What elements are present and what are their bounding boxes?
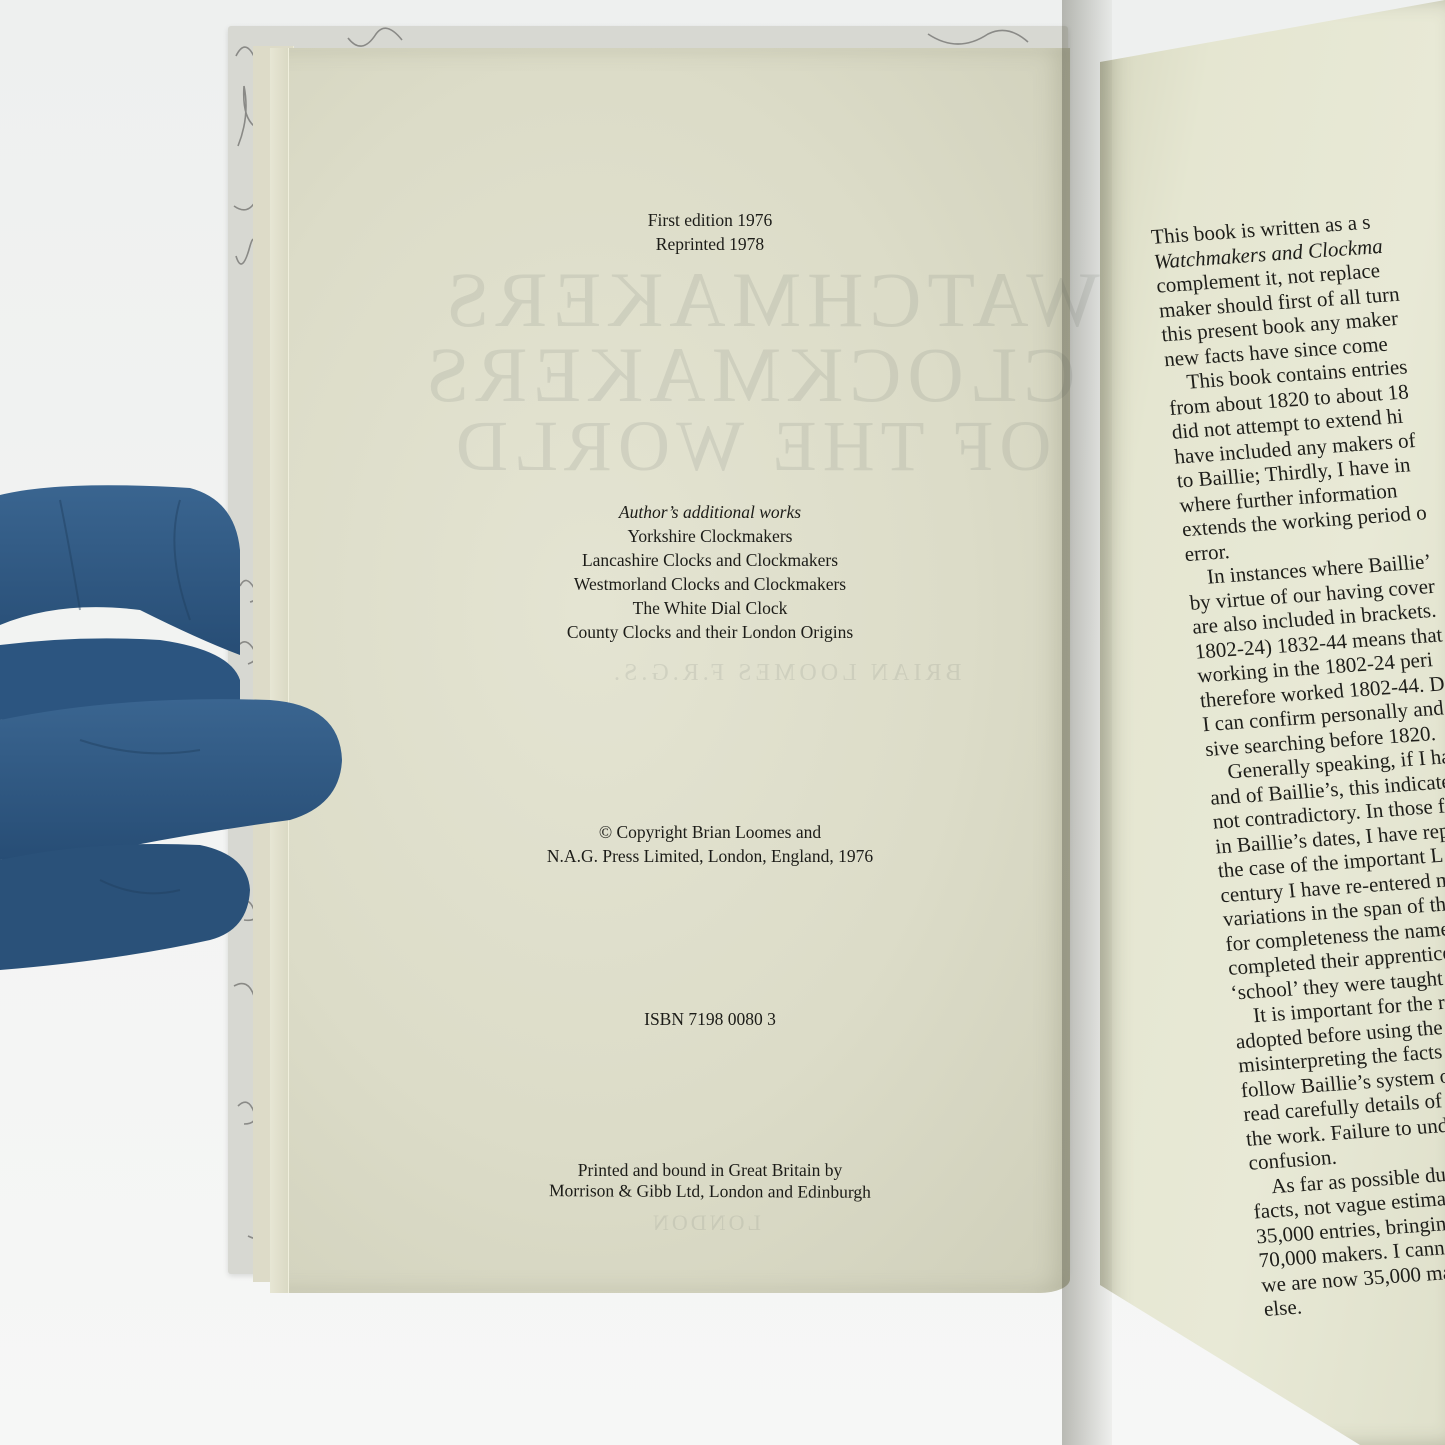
work-title: County Clocks and their London Origins <box>270 620 1150 644</box>
work-title: Westmorland Clocks and Clockmakers <box>270 572 1150 596</box>
additional-works-heading: Author’s additional works <box>270 500 1150 524</box>
copyright-line-1: © Copyright Brian Loomes and <box>270 820 1150 844</box>
isbn-text: ISBN 7198 0080 3 <box>270 1007 1150 1031</box>
work-title: Yorkshire Clockmakers <box>270 524 1150 548</box>
copyright-line-2: N.A.G. Press Limited, London, England, 1… <box>270 844 1150 868</box>
gloved-hand-icon <box>0 460 360 1000</box>
first-edition-text: First edition 1976 <box>270 208 1150 232</box>
bleed-through-place: LONDON <box>650 1210 761 1236</box>
printer-line-1: Printed and bound in Great Britain by <box>270 1160 1150 1181</box>
isbn-block: ISBN 7198 0080 3 <box>270 1007 1150 1031</box>
printer-block: Printed and bound in Great Britain by Mo… <box>270 1160 1150 1202</box>
work-title: The White Dial Clock <box>270 596 1150 620</box>
book-gutter-shadow <box>1062 0 1112 1445</box>
additional-works-block: Author’s additional works Yorkshire Cloc… <box>270 500 1150 644</box>
book-photo: WATCHMAKERS AND CLOCKMAKERS OF THE WORLD… <box>0 0 1445 1445</box>
work-title: Lancashire Clocks and Clockmakers <box>270 548 1150 572</box>
bleed-through-author: BRIAN LOOMES F.R.G.S. <box>610 660 961 687</box>
reprint-text: Reprinted 1978 <box>270 232 1150 256</box>
printer-line-2: Morrison & Gibb Ltd, London and Edinburg… <box>270 1179 1150 1205</box>
bleed-through-title-3: OF THE WORLD <box>450 405 1051 488</box>
copyright-block: © Copyright Brian Loomes and N.A.G. Pres… <box>270 820 1150 868</box>
edition-block: First edition 1976 Reprinted 1978 <box>270 208 1150 256</box>
